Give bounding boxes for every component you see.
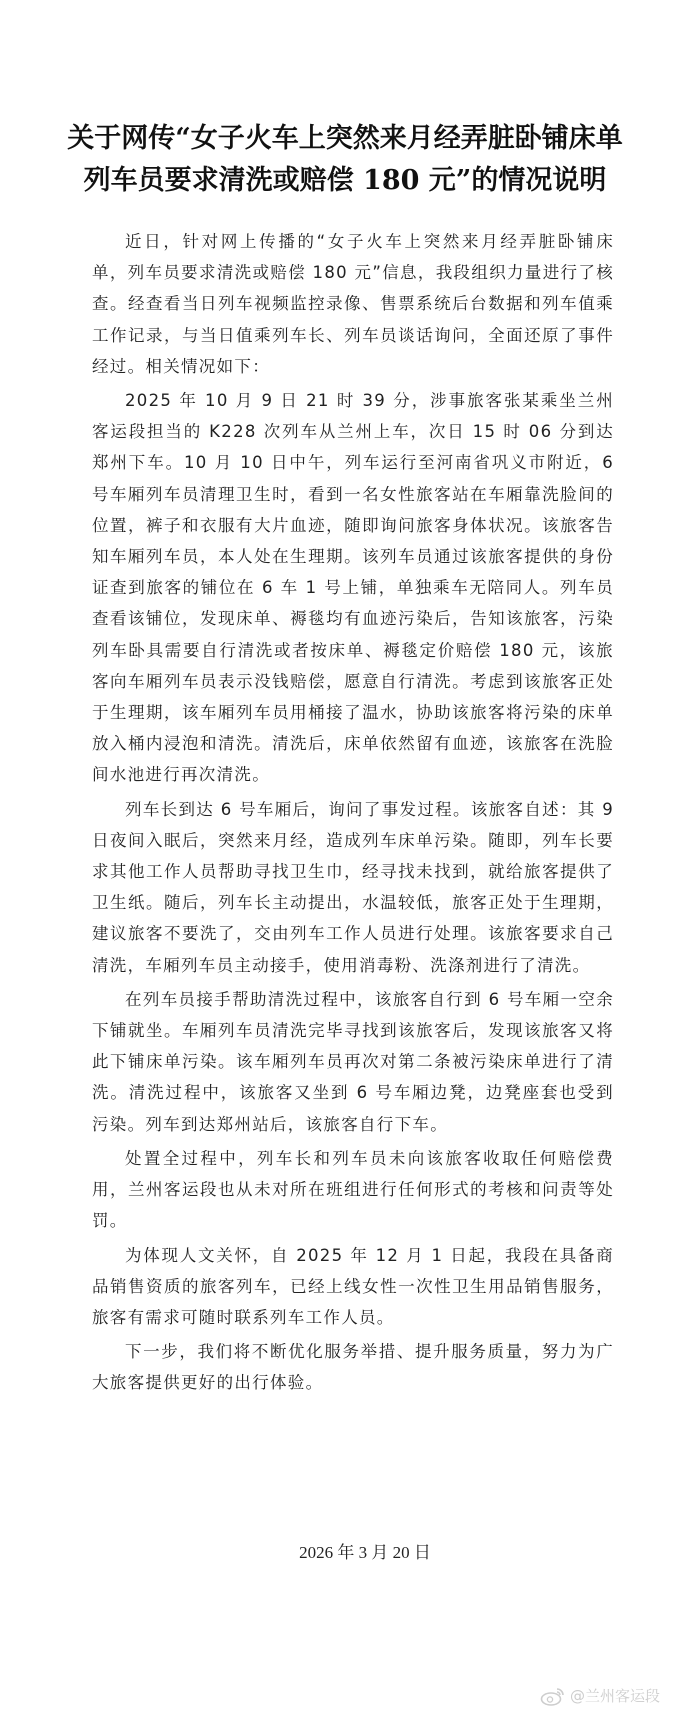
watermark-text: @兰州客运段	[570, 1685, 660, 1706]
title-line-1: 关于网传“女子火车上突然来月经弄脏卧铺床单	[0, 118, 690, 160]
document-date: 2026 年 3 月 20 日	[0, 1538, 690, 1563]
paragraph-second-bed: 在列车员接手帮助清洗过程中，该旅客自行到 6 号车厢一空余下铺就坐。车厢列车员清…	[92, 984, 614, 1140]
document-body: 近日，针对网上传播的“女子火车上突然来月经弄脏卧铺床单，列车员要求清洗或赔偿 1…	[92, 226, 614, 1402]
paragraph-hygiene-service: 为体现人文关怀，自 2025 年 12 月 1 日起，我段在具备商品销售资质的旅…	[92, 1240, 614, 1334]
watermark: @兰州客运段	[540, 1685, 660, 1706]
paragraph-conductor: 列车长到达 6 号车厢后，询问了事发过程。该旅客自述：其 9 日夜间入眠后，突然…	[92, 794, 614, 981]
paragraph-no-fee: 处置全过程中，列车长和列车员未向该旅客收取任何赔偿费用，兰州客运段也从未对所在班…	[92, 1143, 614, 1237]
paragraph-next-step: 下一步，我们将不断优化服务举措、提升服务质量，努力为广大旅客提供更好的出行体验。	[92, 1336, 614, 1398]
paragraph-incident: 2025 年 10 月 9 日 21 时 39 分，涉事旅客张某乘坐兰州客运段担…	[92, 385, 614, 791]
title-line-2: 列车员要求清洗或赔偿 180 元”的情况说明	[0, 160, 690, 202]
document-title: 关于网传“女子火车上突然来月经弄脏卧铺床单 列车员要求清洗或赔偿 180 元”的…	[0, 118, 690, 202]
weibo-icon	[540, 1686, 566, 1706]
paragraph-intro: 近日，针对网上传播的“女子火车上突然来月经弄脏卧铺床单，列车员要求清洗或赔偿 1…	[92, 226, 614, 382]
